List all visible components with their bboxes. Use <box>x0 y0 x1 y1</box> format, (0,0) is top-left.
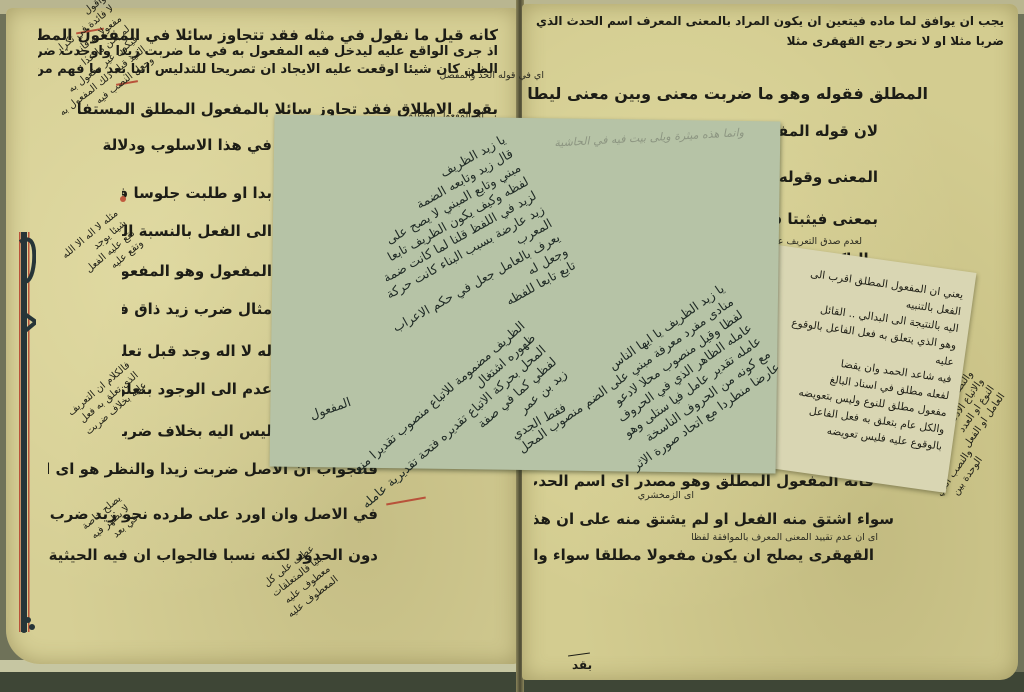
left-main-line: المفعول وهو المفعول به وهو <box>122 262 272 280</box>
blue-note-slip: وانما هذه ميثرة ويلى بيت فيه في الحاشية … <box>270 114 781 473</box>
left-main-line: بدا او طلبت جلوسا فوله وهو <box>122 184 272 202</box>
rubric-dot <box>120 196 126 202</box>
interlinear-gloss: اي في قوله الحد والمفصل <box>384 70 544 81</box>
left-main-line: في هذا الاسلوب ودلالة الى التعدية <box>102 136 272 154</box>
interlinear-gloss: اى الزمخشري <box>614 490 694 501</box>
rubric-ornament-icon <box>14 232 36 642</box>
right-top-line: يجب ان يوافق لما ماده فيتعين ان يكون الم… <box>534 14 1004 28</box>
left-main-line: الى الفعل بالنسبة اليها الا ان الفعل <box>122 222 272 240</box>
right-top-line: ضربا مثلا او لا نحو رجع القهقرى مثلا <box>784 34 1004 48</box>
cream-slip-text: يعني ان المفعول المطلق اقرب الى الفعل با… <box>762 262 964 455</box>
slip-label: المفعول <box>282 394 353 432</box>
right-main-line: لان قوله المفعول المطلق هو الفعل <box>768 122 878 140</box>
catchword: بقد <box>572 658 592 672</box>
right-main-line: بمعنى فيثبتا فهمه كلاما <box>768 210 878 228</box>
right-main-line: المعنى وقوله المفعول المطلق <box>768 168 878 186</box>
interlinear-gloss: اى ان عدم تقييد المعنى المعرف بالموافقة … <box>538 532 878 543</box>
left-main-line: ليس اليه بخلاف ضربت زيدا <box>122 422 272 440</box>
cream-note-slip: يعني ان المفعول المطلق اقرب الى الفعل با… <box>748 245 977 493</box>
right-main-line: القهقرى يصلح ان يكون مفعولا مطلقا سواء و… <box>534 546 874 564</box>
left-main-line: له لا اله وجد قبل تعلق <box>122 342 272 360</box>
left-main-line: مثال ضرب زيد ذاق فهم <box>122 300 272 318</box>
right-main-line: المطلق فقوله وهو ما ضربت معنى وبين معنى … <box>528 84 928 103</box>
manuscript-photo: كانه قيل ما نقول في مثله فقد تتجاوز سائل… <box>0 0 1024 692</box>
right-main-line: سواء اشتق منه الفعل او لم يشتق منه على ا… <box>534 510 894 528</box>
